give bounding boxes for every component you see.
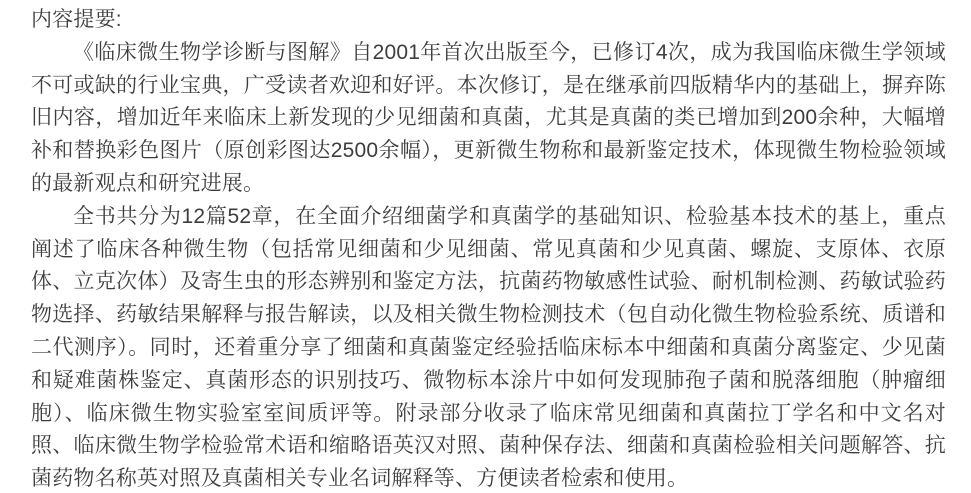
paragraph-revision-overview: 《临床微生物学诊断与图解》自2001年首次出版至今，已修订4次，成为我国临床微生…: [31, 37, 946, 201]
paragraph-book-structure: 全书共分为12篇52章，在全面介绍细菌学和真菌学的基础知识、检验基本技术的基上，…: [31, 201, 946, 493]
section-title: 内容提要:: [31, 4, 946, 37]
content-summary-page: 内容提要: 《临床微生物学诊断与图解》自2001年首次出版至今，已修订4次，成为…: [0, 0, 971, 493]
